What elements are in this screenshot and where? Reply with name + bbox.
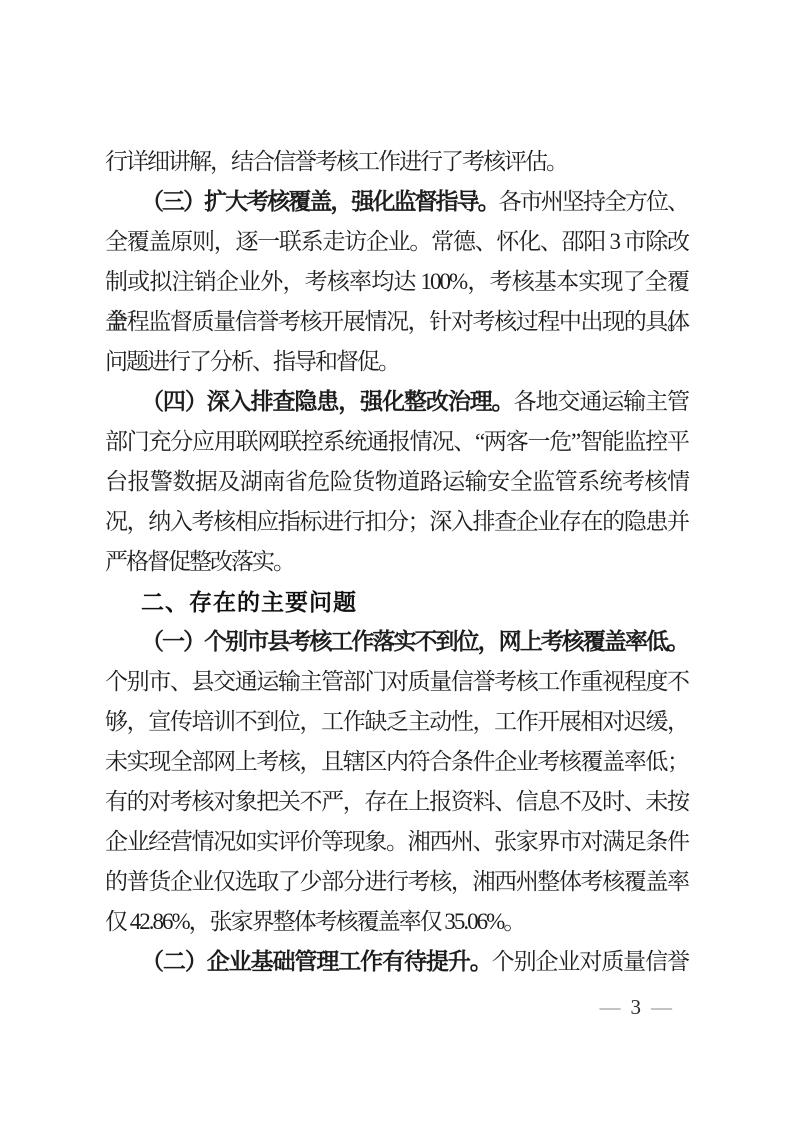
text-segment: （二）企业基础管理工作有待提升。	[141, 949, 492, 974]
text-segment: 行详细讲解，结合信誉考核工作进行了考核评估。	[105, 149, 567, 174]
text-line: （一）个别市县考核工作落实不到位，网上考核覆盖率低。	[105, 622, 688, 662]
text-line: 仅 42.86%，张家界整体考核覆盖率仅 35.06%。	[105, 902, 688, 942]
text-segment: 够，宣传培训不到位，工作缺乏主动性，工作开展相对迟缓，	[105, 709, 688, 734]
text-line: 台报警数据及湖南省危险货物道路运输安全监管系统考核情	[105, 462, 688, 502]
text-line: 严格督促整改落实。	[105, 542, 688, 582]
text-line: 的普货企业仅选取了少部分进行考核，湘西州整体考核覆盖率	[105, 862, 688, 902]
text-segment: 仅 42.86%，张家界整体考核覆盖率仅 35.06%。	[105, 909, 524, 934]
text-segment: 有的对考核对象把关不严，存在上报资料、信息不及时、未按	[105, 789, 688, 814]
text-line: （二）企业基础管理工作有待提升。个别企业对质量信誉	[105, 942, 688, 982]
text-line: （四）深入排查隐患，强化整改治理。各地交通运输主管	[105, 382, 688, 422]
text-line: 制或拟注销企业外，考核率均达 100%，考核基本实现了全覆盖。	[105, 262, 688, 302]
text-segment: 的普货企业仅选取了少部分进行考核，湘西州整体考核覆盖率	[105, 869, 688, 894]
text-segment: 个别企业对质量信誉	[492, 949, 688, 974]
text-line: （三）扩大考核覆盖，强化监督指导。各市州坚持全方位、	[105, 182, 688, 222]
text-segment: 未实现全部网上考核，且辖区内符合条件企业考核覆盖率低；	[105, 749, 688, 774]
text-segment: 台报警数据及湖南省危险货物道路运输安全监管系统考核情	[105, 469, 688, 494]
text-segment: 企业经营情况如实评价等现象。湘西州、张家界市对满足条件	[105, 829, 688, 854]
text-line: 个别市、县交通运输主管部门对质量信誉考核工作重视程度不	[105, 662, 688, 702]
text-segment: 问题进行了分析、指导和督促。	[105, 349, 399, 374]
text-segment: （四）深入排查隐患，强化整改治理。	[141, 389, 514, 414]
text-segment: 各市州坚持全方位、	[499, 189, 688, 214]
text-line: 行详细讲解，结合信誉考核工作进行了考核评估。	[105, 142, 688, 182]
text-line: 有的对考核对象把关不严，存在上报资料、信息不及时、未按	[105, 782, 688, 822]
text-line: 全覆盖原则，逐一联系走访企业。常德、怀化、邵阳 3 市除改	[105, 222, 688, 262]
text-segment: 二、存在的主要问题	[141, 589, 357, 615]
text-segment: 部门充分应用联网联控系统通报情况、“两客一危”智能监控平	[105, 429, 688, 454]
text-segment: 况，纳入考核相应指标进行扣分；深入排查企业存在的隐患并	[105, 509, 688, 534]
text-segment: 个别市、县交通运输主管部门对质量信誉考核工作重视程度不	[105, 669, 688, 694]
text-segment: （三）扩大考核覆盖，强化监督指导。	[141, 189, 499, 214]
document-page: 行详细讲解，结合信誉考核工作进行了考核评估。（三）扩大考核覆盖，强化监督指导。各…	[0, 0, 793, 1122]
page-number-dash-right: —	[651, 995, 672, 1019]
text-line: 够，宣传培训不到位，工作缺乏主动性，工作开展相对迟缓，	[105, 702, 688, 742]
text-segment: （一）个别市县考核工作落实不到位，网上考核覆盖率低。	[141, 629, 688, 654]
text-segment: 严格督促整改落实。	[105, 549, 294, 574]
text-segment: 各地交通运输主管	[514, 389, 688, 414]
text-line: 未实现全部网上考核，且辖区内符合条件企业考核覆盖率低；	[105, 742, 688, 782]
text-line: 全程监督质量信誉考核开展情况，针对考核过程中出现的具体	[105, 302, 688, 342]
text-line: 况，纳入考核相应指标进行扣分；深入排查企业存在的隐患并	[105, 502, 688, 542]
page-number-dash-left: —	[600, 995, 621, 1019]
document-body-text: 行详细讲解，结合信誉考核工作进行了考核评估。（三）扩大考核覆盖，强化监督指导。各…	[105, 142, 688, 982]
text-line: 企业经营情况如实评价等现象。湘西州、张家界市对满足条件	[105, 822, 688, 862]
page-number: —3—	[600, 993, 673, 1021]
text-line: 部门充分应用联网联控系统通报情况、“两客一危”智能监控平	[105, 422, 688, 462]
text-segment: 全程监督质量信誉考核开展情况，针对考核过程中出现的具体	[105, 309, 688, 334]
page-number-value: 3	[621, 995, 652, 1019]
text-segment: 全覆盖原则，逐一联系走访企业。常德、怀化、邵阳 3 市除改	[105, 229, 688, 254]
text-line: 问题进行了分析、指导和督促。	[105, 342, 688, 382]
text-line: 二、存在的主要问题	[105, 582, 688, 622]
